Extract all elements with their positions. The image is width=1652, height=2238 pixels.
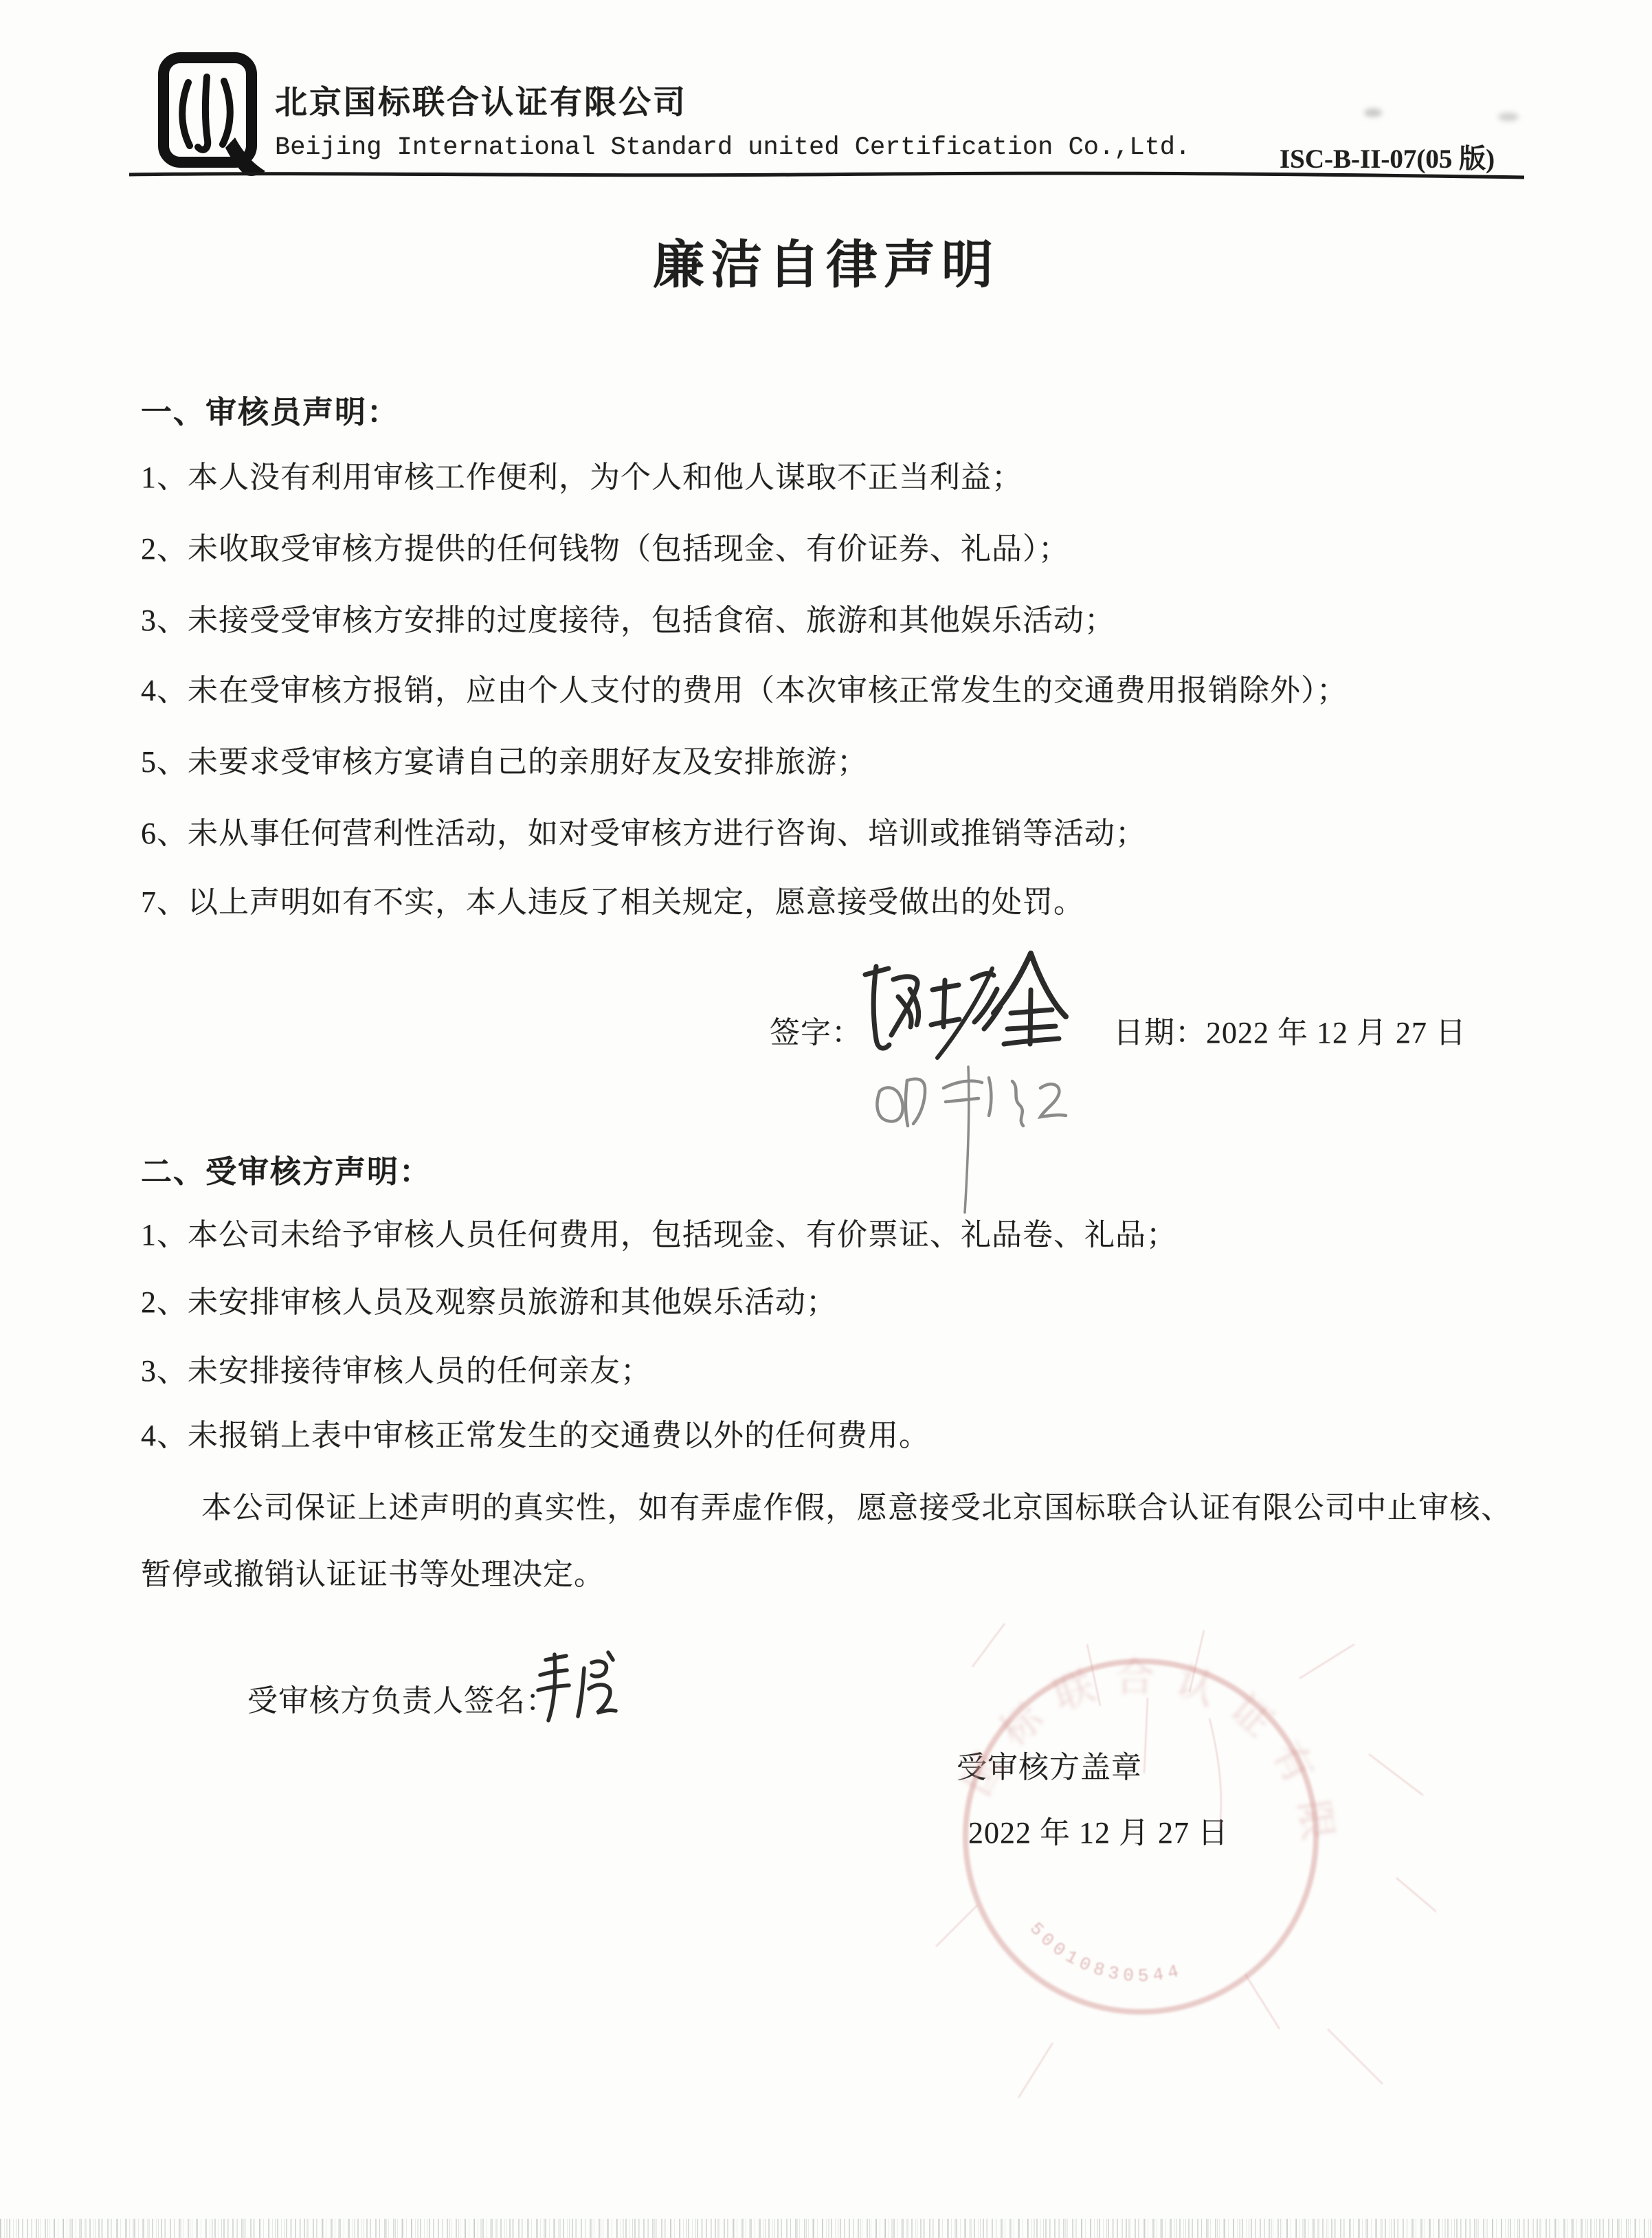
company-pledge-paragraph: 本公司保证上述声明的真实性，如有弄虚作假，愿意接受北京国标联合认证有限公司中止审… — [141, 1474, 1512, 1608]
scanned-declaration-page: 北京国标联合认证有限公司 Beijing International Stand… — [0, 0, 1652, 2238]
auditee-company-seal-stamp: 国标联合认证有限公司 50010830544 — [914, 1615, 1436, 2138]
svg-text:国标联合认证有限公司: 国标联合认证有限公司 — [914, 1615, 1343, 1861]
scan-smudge — [1498, 113, 1519, 121]
section2-item: 3、未安排接待审核人员的任何亲友； — [141, 1346, 651, 1390]
section1-item: 4、未在受审核方报销，应由个人支付的费用（本次审核正常发生的交通费用报销除外）； — [141, 665, 1348, 709]
leader-sign-label: 受审核方负责人签名： — [247, 1676, 557, 1720]
section1-item: 2、未收取受审核方提供的任何钱物（包括现金、有价证券、礼品）； — [141, 524, 1069, 568]
section1-item: 1、本人没有利用审核工作便利，为个人和他人谋取不正当利益； — [141, 452, 1023, 496]
scan-smudge — [1364, 109, 1382, 117]
section1-item: 6、未从事任何营利性活动，如对受审核方进行咨询、培训或推销等活动； — [141, 808, 1146, 852]
section2-heading: 二、受审核方声明： — [141, 1146, 432, 1191]
isc-company-logo-icon — [155, 51, 269, 181]
page-title: 廉洁自律声明 — [0, 224, 1652, 298]
scanner-edge-noise — [0, 2219, 1652, 2238]
auditee-leader-signature-handwriting — [528, 1647, 623, 1728]
section1-heading: 一、审核员声明： — [141, 387, 399, 432]
sign-label: 签字： — [770, 1008, 862, 1052]
company-name-cn: 北京国标联合认证有限公司 — [275, 77, 687, 123]
section2-item: 2、未安排审核人员及观察员旅游和其他娱乐活动； — [141, 1277, 837, 1321]
date-label: 日期： — [1113, 1016, 1206, 1050]
section1-item: 7、以上声明如有不实，本人违反了相关规定，愿意接受做出的处罚。 — [141, 877, 1084, 921]
header-divider — [129, 170, 1524, 180]
section1-item: 5、未要求受审核方宴请自己的亲朋好友及安排旅游； — [141, 737, 868, 781]
section1-item: 3、未接受受审核方安排的过度接待，包括食宿、旅游和其他娱乐活动； — [141, 595, 1115, 639]
stamp-serial-digits: 50010830544 — [1025, 1918, 1185, 1986]
section2-item: 1、本公司未给予审核人员任何费用，包括现金、有价票证、礼品卷、礼品； — [141, 1210, 1177, 1254]
date-row: 日期：2022 年 12 月 27 日 — [1113, 1008, 1466, 1052]
date-value: 2022 年 12 月 27 日 — [1206, 1016, 1466, 1050]
company-name-en: Beijing International Standard united Ce… — [275, 133, 1190, 162]
section2-item: 4、未报销上表中审核正常发生的交通费以外的任何费用。 — [141, 1410, 930, 1454]
auditor-signature-2-handwriting — [864, 1039, 1071, 1221]
